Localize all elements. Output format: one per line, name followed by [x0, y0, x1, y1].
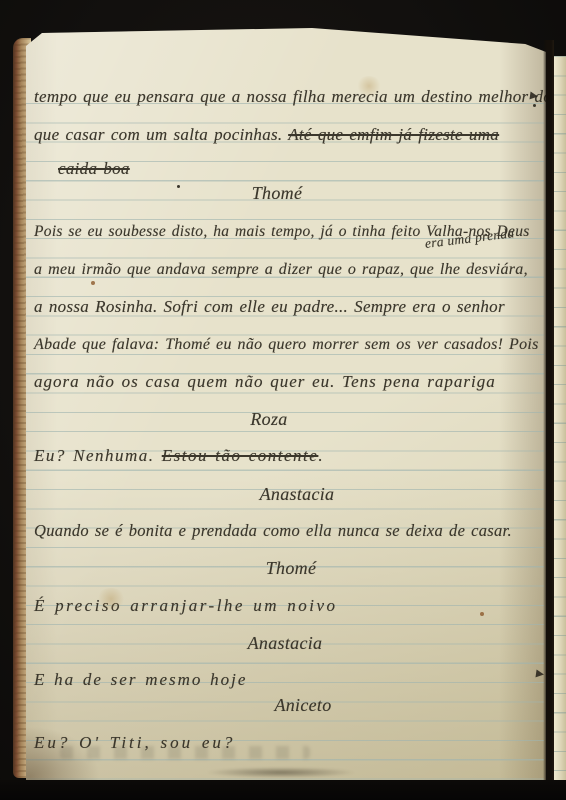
speaker-heading: Thomé: [22, 182, 532, 208]
speaker-heading: Anastacia: [42, 483, 552, 509]
margin-arrow-mark: [529, 91, 538, 100]
foxing-spot: [91, 281, 95, 285]
paper-stain: [356, 76, 382, 96]
photo-bottom-shadow: [0, 780, 566, 800]
ink-dot-mark: [177, 185, 180, 188]
manuscript-line: a nossa Rosinha. Sofri com elle eu padre…: [34, 296, 544, 322]
manuscript-line: E ha de ser mesmo hoje: [34, 669, 544, 695]
manuscript-line: que casar com um salta pocinhas. Até que…: [34, 124, 544, 150]
speaker-heading: Anastacia: [30, 632, 540, 658]
paper-stain: [96, 588, 126, 610]
bottom-smudge: [206, 767, 356, 778]
speaker-heading: Roza: [14, 408, 524, 434]
struck-text: Até que emfim já fizeste uma: [288, 125, 499, 144]
manuscript-line: Eu? Nenhuma. Estou tão contente.: [34, 445, 544, 471]
speaker-heading: Aniceto: [48, 694, 558, 720]
struck-text: Estou tão contente: [162, 446, 319, 465]
manuscript-line: a meu irmão que andava sempre a dizer qu…: [34, 259, 544, 285]
foxing-spot: [480, 612, 484, 616]
manuscript-line: agora não os casa quem não quer eu. Tens…: [34, 371, 544, 397]
facing-page-edge: [554, 56, 566, 788]
manuscript-line: tempo que eu pensara que a nossa filha m…: [34, 86, 544, 112]
manuscript-line: Abade que falava: Thomé eu não quero mor…: [34, 334, 544, 360]
manuscript-line: Quando se é bonita e prendada como ella …: [34, 520, 544, 546]
struck-text: caida boa: [58, 159, 130, 178]
page-gutter-shadow: [543, 40, 554, 788]
corner-shadow: [22, 726, 100, 782]
manuscript-line: caida boa: [58, 158, 544, 184]
speaker-heading: Thomé: [36, 557, 546, 583]
ink-dot-mark: [533, 104, 536, 107]
manuscript-page: tempo que eu pensara que a nossa filha m…: [26, 28, 546, 780]
